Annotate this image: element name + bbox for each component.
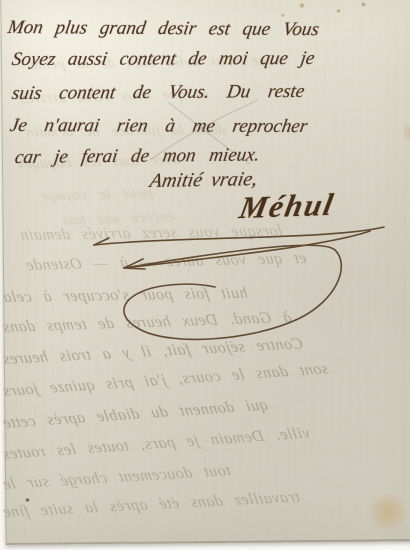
foxing-spot xyxy=(336,9,341,13)
letter-line: Je n'aurai rien à me reprocher xyxy=(8,115,309,138)
letter-line: car je ferai de mon mieux. xyxy=(13,144,261,169)
signature: Méhul xyxy=(236,187,337,227)
stain xyxy=(368,494,408,530)
letter-line: Soyez aussi content de moi que je xyxy=(10,48,316,71)
ink-spot xyxy=(25,498,30,502)
foxing-spot xyxy=(299,3,305,8)
foxing-spot xyxy=(281,13,285,17)
foxing-spot xyxy=(361,2,366,7)
letter-line: suis content de Vous. Du reste xyxy=(10,81,306,105)
stain xyxy=(404,120,410,146)
letter-line: Mon plus grand desir est que Vous xyxy=(6,17,320,41)
letter-scan: que vous aviez bien de la peine et que v… xyxy=(0,0,410,550)
